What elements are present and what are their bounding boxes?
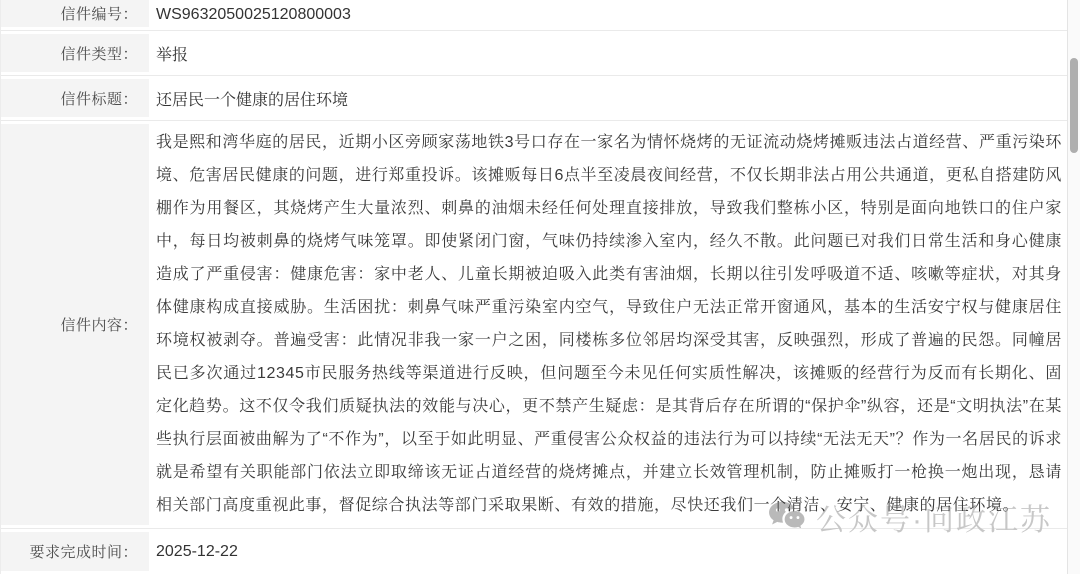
completion-time-value-cell: 2025-12-22 [149, 529, 1080, 574]
scrollbar-thumb[interactable] [1070, 58, 1078, 153]
letter-title-label: 信件标题： [60, 88, 138, 109]
letter-type-value: 举报 [156, 42, 188, 65]
letter-title-label-cell: 信件标题： [1, 76, 149, 120]
letter-number-value-cell: WS9632050025120800003 [149, 0, 1080, 30]
row-required-completion-time: 要求完成时间： 2025-12-22 [1, 529, 1080, 574]
letter-number-value: WS9632050025120800003 [156, 6, 351, 24]
letter-type-label-cell: 信件类型： [1, 31, 149, 75]
row-letter-content: 信件内容： 我是熙和湾华庭的居民，近期小区旁顾家荡地铁3号口存在一家名为情怀烧烤… [1, 121, 1080, 529]
letter-number-label: 信件编号： [60, 3, 138, 24]
scrollbar[interactable] [1067, 0, 1080, 574]
letter-title-value: 还居民一个健康的居住环境 [156, 87, 348, 110]
letter-content-label: 信件内容： [60, 314, 138, 335]
letter-detail-table: 信件编号： WS9632050025120800003 信件类型： 举报 信件标… [0, 0, 1080, 574]
letter-title-value-cell: 还居民一个健康的居住环境 [149, 76, 1080, 120]
row-letter-number: 信件编号： WS9632050025120800003 [1, 0, 1080, 31]
letter-type-value-cell: 举报 [149, 31, 1080, 75]
letter-number-label-cell: 信件编号： [1, 0, 149, 30]
row-letter-title: 信件标题： 还居民一个健康的居住环境 [1, 76, 1080, 121]
completion-time-label: 要求完成时间： [29, 541, 138, 562]
completion-time-label-cell: 要求完成时间： [1, 529, 149, 574]
completion-time-value: 2025-12-22 [156, 543, 238, 561]
letter-content-value-cell: 我是熙和湾华庭的居民，近期小区旁顾家荡地铁3号口存在一家名为情怀烧烤的无证流动烧… [149, 121, 1080, 528]
row-letter-type: 信件类型： 举报 [1, 31, 1080, 76]
letter-content-label-cell: 信件内容： [1, 121, 149, 528]
letter-type-label: 信件类型： [60, 43, 138, 64]
